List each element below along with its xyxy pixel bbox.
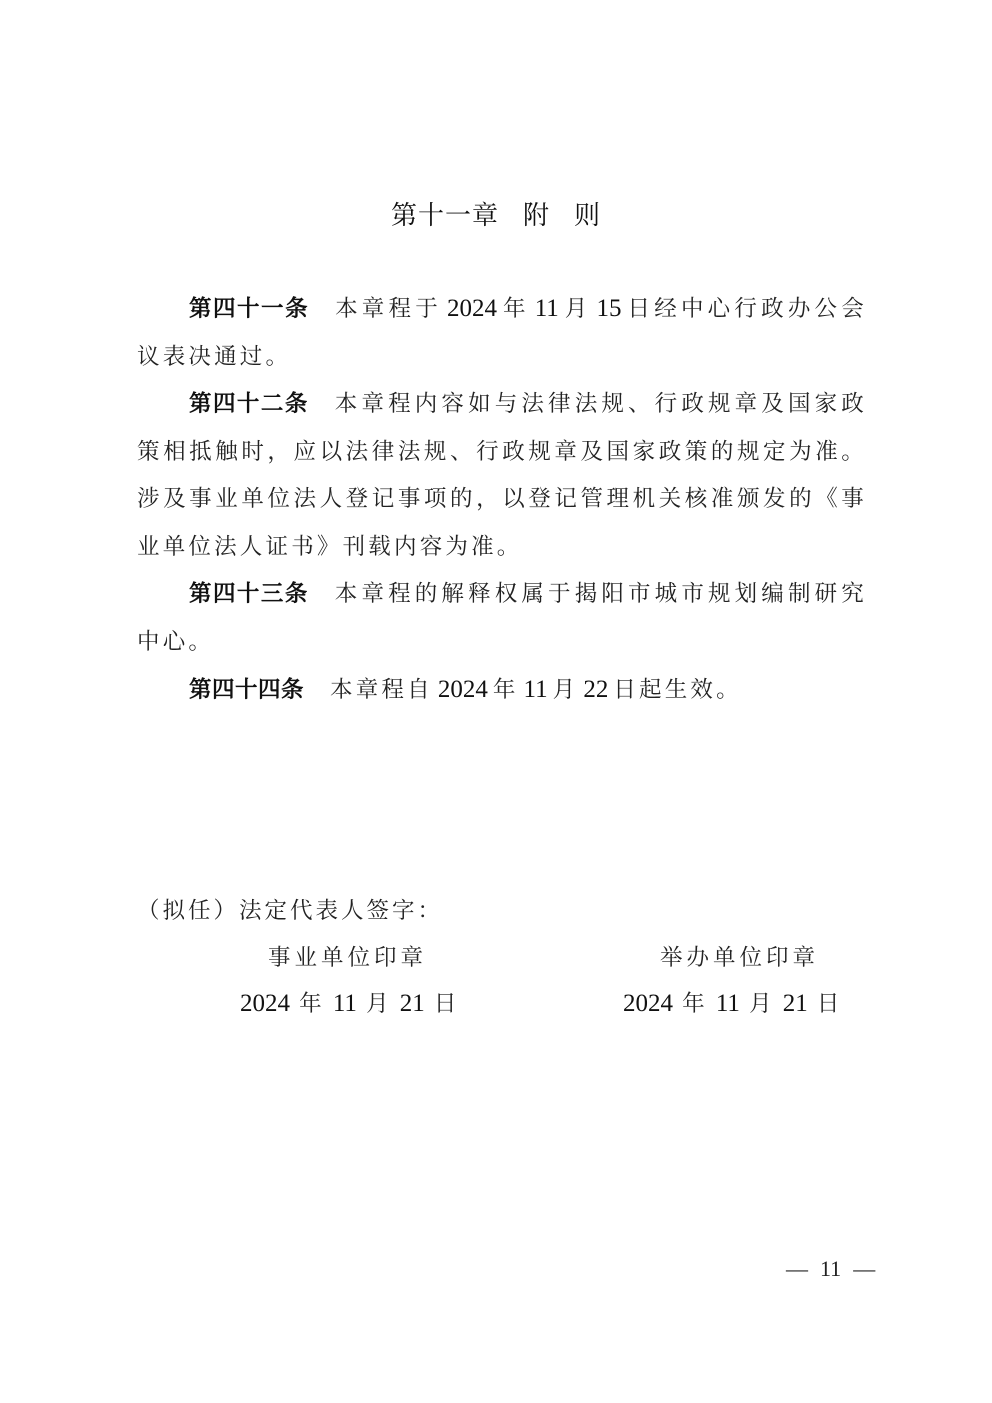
- articles-body: 第四十一条本章程于2024年11月15日经中心行政办公会议表决通过。 第四十二条…: [137, 285, 867, 715]
- year-value: 2024: [240, 990, 290, 1017]
- month-unit: 月: [366, 991, 391, 1017]
- article-42: 第四十二条本章程内容如与法律法规、行政规章及国家政策相抵触时，应以法律法规、行政…: [137, 381, 867, 571]
- month-value: 11: [530, 295, 564, 322]
- legal-representative-signature-label: （拟任）法定代表人签字：: [137, 893, 443, 925]
- institution-seal-label: 事业单位印章: [268, 940, 427, 972]
- month-value: 11: [716, 990, 740, 1017]
- chapter-number: 第十一章: [391, 201, 499, 231]
- chapter-name-part1: 附: [523, 201, 550, 231]
- article-43: 第四十三条本章程的解释权属于揭阳市城市规划编制研究中心。: [137, 571, 867, 666]
- article-number: 第四十一条: [189, 296, 309, 322]
- sponsor-seal-date: 2024 年 11 月 21 日: [623, 986, 841, 1018]
- document-page: 第十一章附则 第四十一条本章程于2024年11月15日经中心行政办公会议表决通过…: [0, 0, 992, 1403]
- year-unit: 年: [299, 991, 324, 1017]
- dash-right: —: [853, 1256, 875, 1282]
- article-44: 第四十四条本章程自2024年11月22日起生效。: [137, 666, 867, 715]
- sponsor-seal-label: 举办单位印章: [660, 940, 819, 972]
- article-41: 第四十一条本章程于2024年11月15日经中心行政办公会议表决通过。: [137, 285, 867, 381]
- day-value: 21: [400, 990, 425, 1017]
- article-text: 本章程于: [335, 296, 442, 322]
- month-unit: 月: [749, 991, 774, 1017]
- month-value: 11: [519, 676, 553, 703]
- article-number: 第四十四条: [189, 677, 304, 703]
- dash-left: —: [786, 1256, 808, 1282]
- month-value: 11: [333, 990, 357, 1017]
- year-unit: 年: [493, 677, 519, 703]
- year-unit: 年: [682, 991, 707, 1017]
- day-unit: 日: [817, 991, 842, 1017]
- page-number-value: 11: [820, 1256, 841, 1281]
- chapter-title: 第十一章附则: [0, 195, 992, 232]
- article-text: 本章程自: [330, 677, 433, 703]
- day-value: 21: [783, 990, 808, 1017]
- year-value: 2024: [442, 295, 502, 322]
- month-unit: 月: [564, 296, 592, 322]
- day-value: 15: [592, 295, 627, 322]
- article-number: 第四十二条: [189, 391, 309, 417]
- day-value: 22: [578, 676, 613, 703]
- year-unit: 年: [502, 296, 530, 322]
- day-unit: 日: [434, 991, 459, 1017]
- article-text-tail: 日起生效。: [613, 677, 742, 703]
- article-number: 第四十三条: [189, 581, 309, 607]
- institution-seal-date: 2024 年 11 月 21 日: [240, 986, 458, 1018]
- year-value: 2024: [623, 990, 673, 1017]
- chapter-name-part2: 则: [574, 201, 601, 231]
- page-number: —11—: [774, 1256, 887, 1282]
- year-value: 2024: [433, 676, 493, 703]
- month-unit: 月: [553, 677, 579, 703]
